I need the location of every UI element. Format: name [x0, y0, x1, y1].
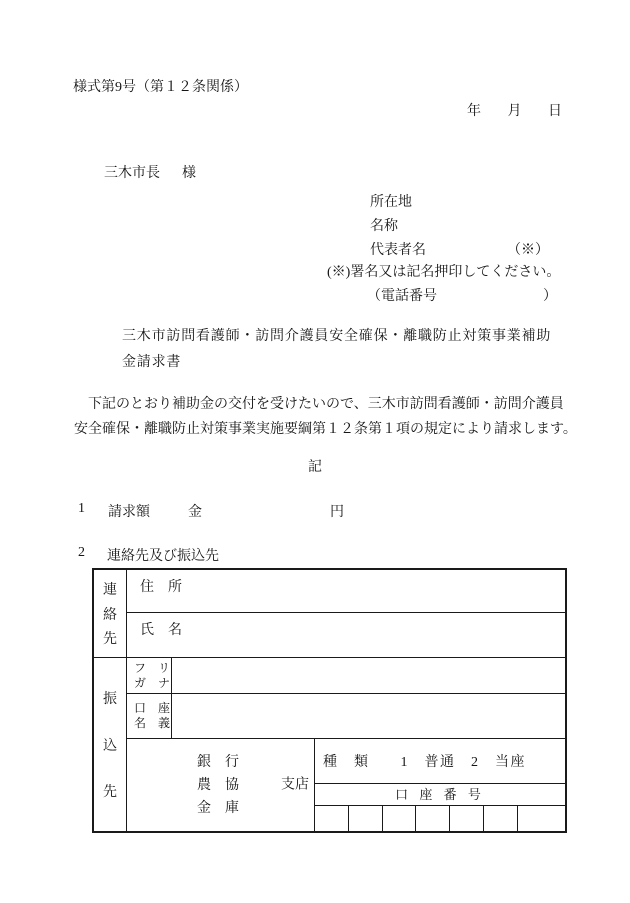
account-type-cell: 種 類 1 普通 2 当座	[315, 739, 565, 784]
account-number-header: 口 座 番 号	[315, 784, 565, 806]
document-title-line1: 三木市訪問看護師・訪問介護員安全確保・離職防止対策事業補助	[122, 325, 551, 345]
form-number: 様式第9号（第１２条関係）	[73, 76, 248, 96]
date-month-label: 月	[508, 100, 522, 120]
applicant-address-label: 所在地	[370, 191, 412, 211]
furigana-row: フ リ ガ ナ	[127, 658, 565, 694]
item1-label: 請求額	[108, 501, 150, 521]
account-number-digit-cell	[518, 806, 565, 831]
bank-name-cell: 銀 行 農 協 金 庫 支店	[127, 739, 315, 831]
date-year-label: 年	[467, 100, 481, 120]
body-paragraph-line1: 下記のとおり補助金の交付を受けたいので、三木市訪問看護師・訪問介護員	[74, 393, 564, 413]
account-holder-input-cell	[172, 694, 565, 738]
signature-note: (※)署名又は記名押印してください。	[327, 261, 560, 281]
branch-label: 支店	[281, 774, 309, 797]
bank-type-bank: 銀 行	[197, 751, 314, 774]
account-holder-row: 口 座 名 義	[127, 694, 565, 739]
phone-close-paren: ）	[543, 285, 557, 305]
recipient-honorific: 様	[182, 166, 196, 181]
record-heading: 記	[0, 456, 630, 476]
item2-number: 2	[78, 545, 85, 561]
furigana-label: フ リ ガ ナ	[127, 658, 172, 693]
account-number-digit-cell	[383, 806, 417, 831]
representative-asterisk-mark: （※）	[507, 239, 549, 259]
contact-group-label: 連 絡 先	[94, 570, 127, 657]
transfer-group-cells: フ リ ガ ナ 口 座 名 義 銀 行 農 協	[127, 658, 565, 831]
account-number-digit-cell	[484, 806, 518, 831]
contact-and-transfer-table: 連 絡 先 住 所 氏 名 振 込 先	[92, 568, 567, 833]
item1-currency-prefix: 金	[188, 501, 202, 521]
account-number-digit-cell	[349, 806, 383, 831]
furigana-input-cell	[172, 658, 565, 693]
bank-type-treasury: 金 庫	[197, 797, 314, 820]
account-number-digit-row	[315, 806, 565, 831]
recipient-line: 三木市長様	[90, 146, 196, 198]
phone-label: （電話番号	[367, 285, 437, 305]
applicant-org-name-label: 名称	[370, 215, 398, 235]
applicant-representative-label: 代表者名	[370, 239, 426, 259]
transfer-group-row: 振 込 先 フ リ ガ ナ 口 座 名 義	[94, 658, 565, 831]
date-day-label: 日	[548, 100, 562, 120]
transfer-group-label: 振 込 先	[94, 658, 127, 831]
contact-name-cell: 氏 名	[127, 613, 565, 657]
account-number-digit-cell	[416, 806, 450, 831]
phone-line: （電話番号 ）	[367, 285, 557, 305]
contact-address-label: 住 所	[140, 580, 182, 595]
account-holder-label: 口 座 名 義	[127, 694, 172, 738]
form-document-page: 様式第9号（第１２条関係） 年 月 日 三木市長様 所在地 名称 代表者名 （※…	[0, 0, 630, 903]
document-title-line2: 金請求書	[122, 351, 181, 371]
item1-currency-suffix: 円	[330, 501, 344, 521]
contact-address-cell: 住 所	[127, 570, 565, 613]
account-info-cells: 種 類 1 普通 2 当座 口 座 番 号	[315, 739, 565, 831]
date-line: 年 月 日	[467, 100, 562, 120]
item2-label: 連絡先及び振込先	[107, 545, 219, 565]
account-number-digit-cell	[315, 806, 349, 831]
bank-row: 銀 行 農 協 金 庫 支店 種 類 1 普通 2 当座 口 座 番 号	[127, 739, 565, 831]
contact-group-cells: 住 所 氏 名	[127, 570, 565, 657]
item1-number: 1	[78, 501, 85, 517]
contact-group-row: 連 絡 先 住 所 氏 名	[94, 570, 565, 658]
contact-name-label: 氏 名	[140, 623, 182, 638]
account-number-digit-cell	[450, 806, 484, 831]
body-paragraph-line2: 安全確保・離職防止対策事業実施要綱第１２条第１項の規定により請求します。	[74, 418, 577, 438]
recipient-name: 三木市長	[104, 166, 160, 181]
